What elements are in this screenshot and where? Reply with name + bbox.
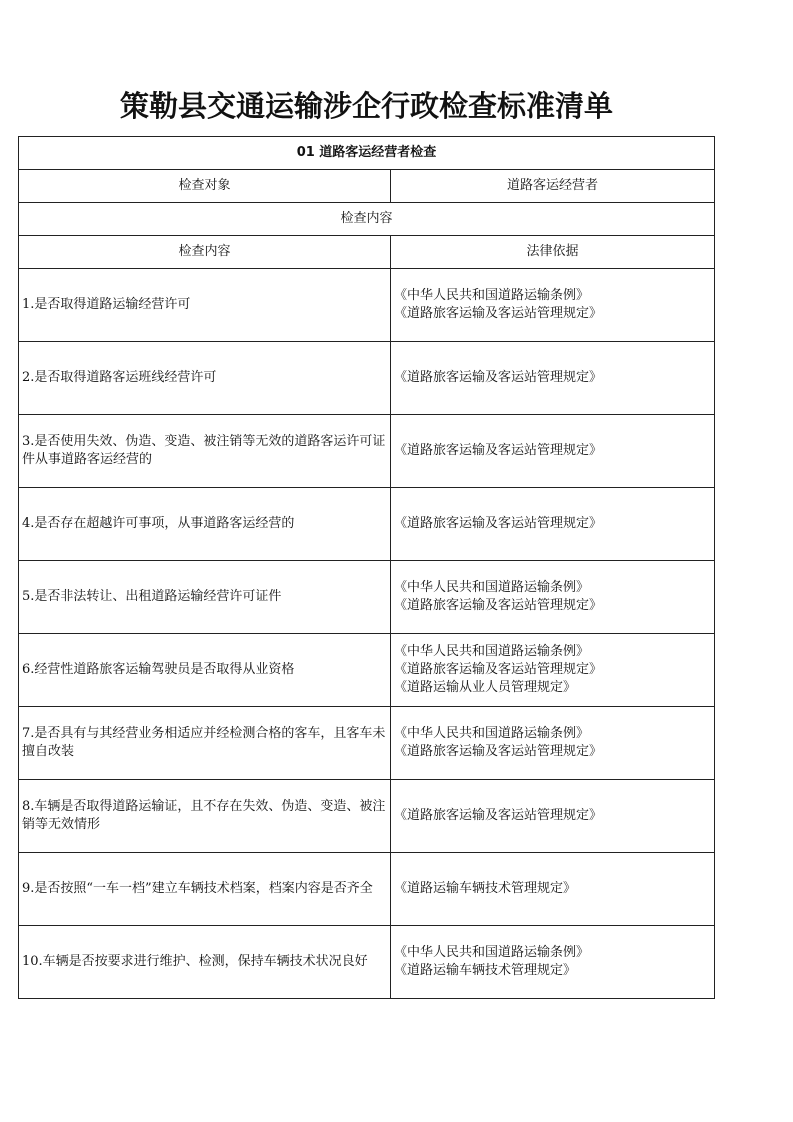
table-row: 8.车辆是否取得道路运输证，且不存在失效、伪造、变造、被注销等无效情形《道路旅客… [19, 780, 715, 853]
legal-basis-line: 《道路旅客运输及客运站管理规定》 [394, 597, 711, 615]
legal-basis-line: 《中华人民共和国道路运输条例》 [394, 643, 711, 661]
table-row: 1.是否取得道路运输经营许可《中华人民共和国道路运输条例》《道路旅客运输及客运站… [19, 269, 715, 342]
inspection-item: 9.是否按照“一车一档”建立车辆技术档案，档案内容是否齐全 [19, 853, 391, 926]
legal-basis-line: 《道路运输车辆技术管理规定》 [394, 962, 711, 980]
section-heading: 01 道路客运经营者检查 [19, 137, 715, 170]
inspection-item: 10.车辆是否按要求进行维护、检测，保持车辆技术状况良好 [19, 926, 391, 999]
table-row: 7.是否具有与其经营业务相适应并经检测合格的客车，且客车未擅自改装《中华人民共和… [19, 707, 715, 780]
section-heading-row: 01 道路客运经营者检查 [19, 137, 715, 170]
table-row: 3.是否使用失效、伪造、变造、被注销等无效的道路客运许可证件从事道路客运经营的《… [19, 415, 715, 488]
document-title: 策勒县交通运输涉企行政检查标准清单 [0, 84, 733, 125]
inspection-table: 01 道路客运经营者检查 检查对象 道路客运经营者 检查内容 检查内容 法律依据… [18, 136, 715, 999]
legal-basis-line: 《中华人民共和国道路运输条例》 [394, 579, 711, 597]
legal-basis-line: 《道路旅客运输及客运站管理规定》 [394, 661, 711, 679]
legal-basis: 《中华人民共和国道路运输条例》《道路旅客运输及客运站管理规定》 [391, 269, 715, 342]
legal-basis: 《道路旅客运输及客运站管理规定》 [391, 780, 715, 853]
legal-basis: 《道路运输车辆技术管理规定》 [391, 853, 715, 926]
inspection-object-row: 检查对象 道路客运经营者 [19, 170, 715, 203]
column-header-content: 检查内容 [19, 236, 391, 269]
inspection-object-label: 检查对象 [19, 170, 391, 203]
legal-basis: 《中华人民共和国道路运输条例》《道路旅客运输及客运站管理规定》《道路运输从业人员… [391, 634, 715, 707]
table-row: 10.车辆是否按要求进行维护、检测，保持车辆技术状况良好《中华人民共和国道路运输… [19, 926, 715, 999]
legal-basis-line: 《道路旅客运输及客运站管理规定》 [394, 743, 711, 761]
legal-basis-line: 《道路旅客运输及客运站管理规定》 [394, 807, 711, 825]
legal-basis: 《中华人民共和国道路运输条例》《道路旅客运输及客运站管理规定》 [391, 707, 715, 780]
inspection-item: 7.是否具有与其经营业务相适应并经检测合格的客车，且客车未擅自改装 [19, 707, 391, 780]
inspection-item: 8.车辆是否取得道路运输证，且不存在失效、伪造、变造、被注销等无效情形 [19, 780, 391, 853]
legal-basis-line: 《道路旅客运输及客运站管理规定》 [394, 369, 711, 387]
inspection-item: 2.是否取得道路客运班线经营许可 [19, 342, 391, 415]
legal-basis: 《道路旅客运输及客运站管理规定》 [391, 415, 715, 488]
table-row: 9.是否按照“一车一档”建立车辆技术档案，档案内容是否齐全《道路运输车辆技术管理… [19, 853, 715, 926]
table-row: 6.经营性道路旅客运输驾驶员是否取得从业资格《中华人民共和国道路运输条例》《道路… [19, 634, 715, 707]
inspection-item: 1.是否取得道路运输经营许可 [19, 269, 391, 342]
inspection-object-value: 道路客运经营者 [391, 170, 715, 203]
inspection-item: 4.是否存在超越许可事项，从事道路客运经营的 [19, 488, 391, 561]
legal-basis: 《道路旅客运输及客运站管理规定》 [391, 488, 715, 561]
legal-basis-line: 《道路旅客运输及客运站管理规定》 [394, 305, 711, 323]
table-row: 4.是否存在超越许可事项，从事道路客运经营的《道路旅客运输及客运站管理规定》 [19, 488, 715, 561]
table-row: 2.是否取得道路客运班线经营许可《道路旅客运输及客运站管理规定》 [19, 342, 715, 415]
legal-basis-line: 《道路旅客运输及客运站管理规定》 [394, 442, 711, 460]
legal-basis: 《中华人民共和国道路运输条例》《道路旅客运输及客运站管理规定》 [391, 561, 715, 634]
legal-basis: 《道路旅客运输及客运站管理规定》 [391, 342, 715, 415]
legal-basis-line: 《中华人民共和国道路运输条例》 [394, 944, 711, 962]
legal-basis-line: 《中华人民共和国道路运输条例》 [394, 725, 711, 743]
column-header-row: 检查内容 法律依据 [19, 236, 715, 269]
legal-basis-line: 《道路运输车辆技术管理规定》 [394, 880, 711, 898]
legal-basis: 《中华人民共和国道路运输条例》《道路运输车辆技术管理规定》 [391, 926, 715, 999]
content-band: 检查内容 [19, 203, 715, 236]
inspection-item: 3.是否使用失效、伪造、变造、被注销等无效的道路客运许可证件从事道路客运经营的 [19, 415, 391, 488]
legal-basis-line: 《中华人民共和国道路运输条例》 [394, 287, 711, 305]
inspection-item: 6.经营性道路旅客运输驾驶员是否取得从业资格 [19, 634, 391, 707]
content-band-row: 检查内容 [19, 203, 715, 236]
legal-basis-line: 《道路旅客运输及客运站管理规定》 [394, 515, 711, 533]
table-row: 5.是否非法转让、出租道路运输经营许可证件《中华人民共和国道路运输条例》《道路旅… [19, 561, 715, 634]
inspection-item: 5.是否非法转让、出租道路运输经营许可证件 [19, 561, 391, 634]
column-header-basis: 法律依据 [391, 236, 715, 269]
legal-basis-line: 《道路运输从业人员管理规定》 [394, 679, 711, 697]
